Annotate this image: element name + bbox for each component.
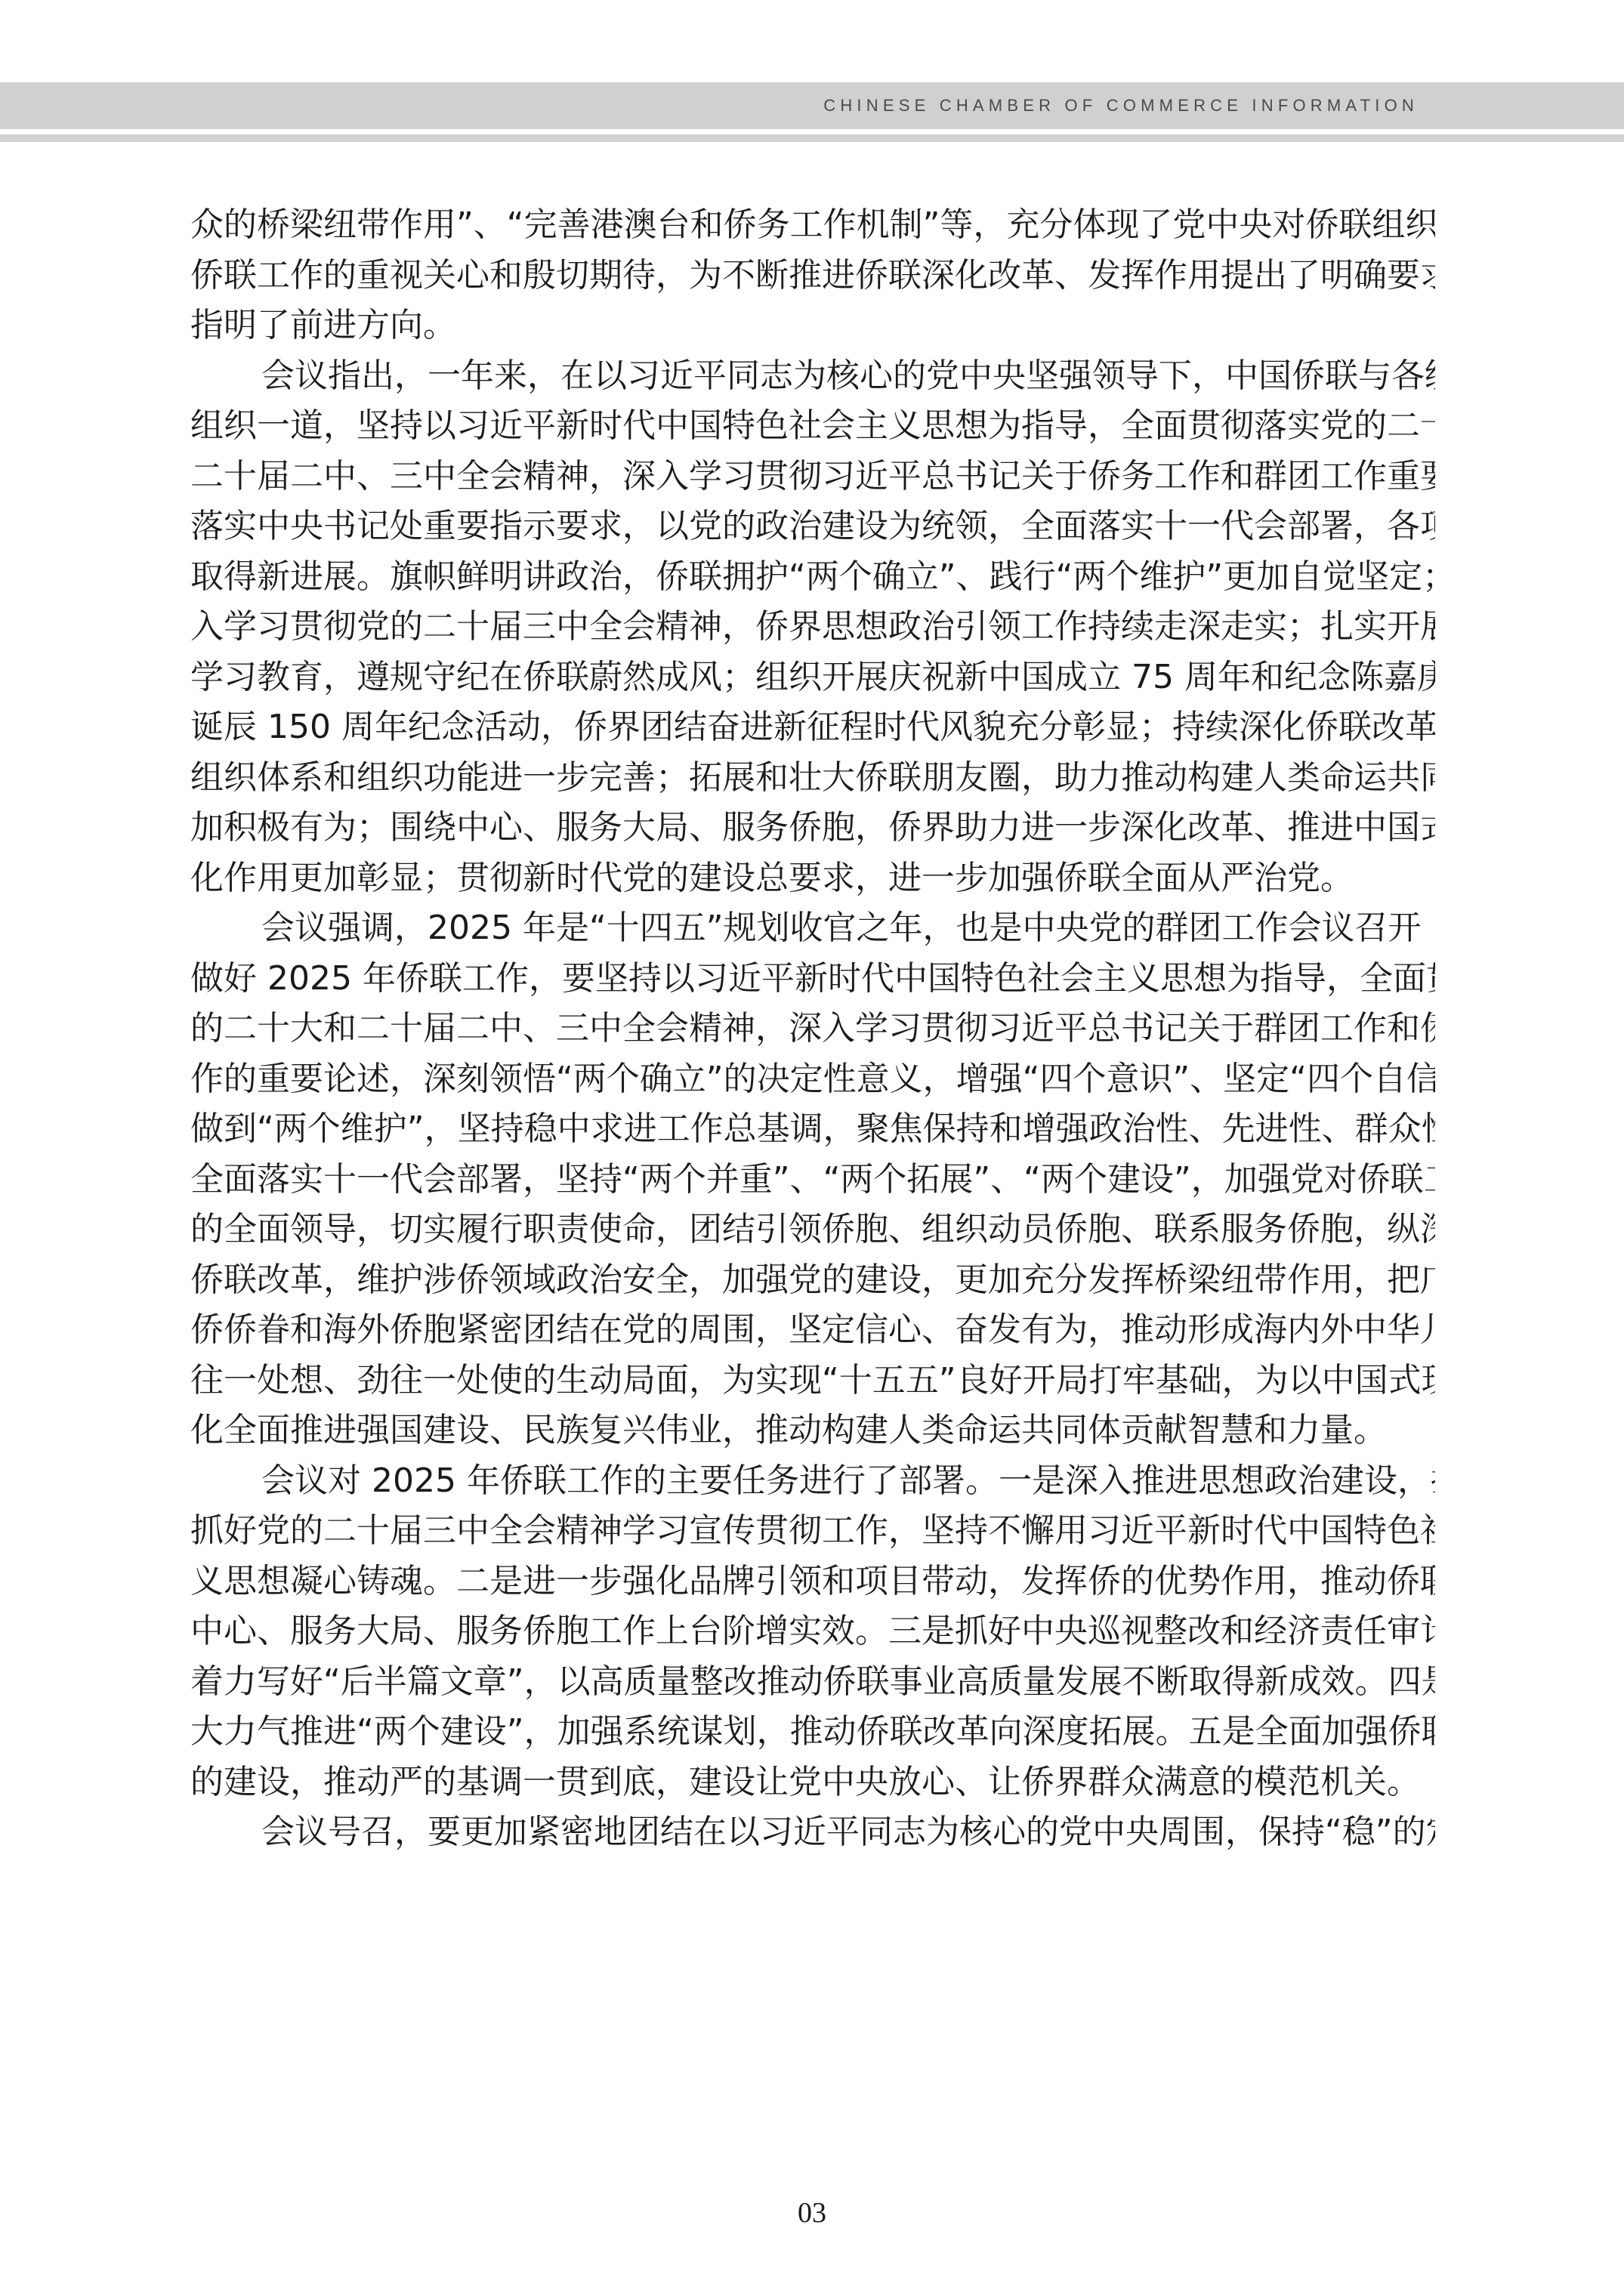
text-line: 着力写好“后半篇文章”，以高质量整改推动侨联事业高质量发展不断取得新成效。四是下 — [190, 1657, 1435, 1708]
text-line: 大力气推进“两个建设”，加强系统谋划，推动侨联改革向深度拓展。五是全面加强侨联党 — [190, 1707, 1435, 1758]
publication-title: CHINESE CHAMBER OF COMMERCE INFORMATION — [823, 97, 1419, 115]
text-line: 侨联改革，维护涉侨领域政治安全，加强党的建设，更加充分发挥桥梁纽带作用，把广大归 — [190, 1255, 1435, 1306]
text-line: 侨联工作的重视关心和殷切期待，为不断推进侨联深化改革、发挥作用提出了明确要求， — [190, 251, 1435, 301]
text-line: 众的桥梁纽带作用”、“完善港澳台和侨务工作机制”等，充分体现了党中央对侨联组织和 — [190, 200, 1435, 251]
page-number: 03 — [0, 2196, 1624, 2230]
paragraph: 会议强调，2025 年是“十四五”规划收官之年，也是中央党的群团工作会议召开 1… — [190, 903, 1435, 1456]
text-line: 入学习贯彻党的二十届三中全会精神，侨界思想政治引领工作持续走深走实；扎实开展党纪 — [190, 602, 1435, 653]
article-body: 众的桥梁纽带作用”、“完善港澳台和侨务工作机制”等，充分体现了党中央对侨联组织和… — [190, 200, 1435, 1858]
paragraph: 会议指出，一年来，在以习近平同志为核心的党中央坚强领导下，中国侨联与各级侨联 组… — [190, 351, 1435, 904]
text-line: 化全面推进强国建设、民族复兴伟业，推动构建人类命运共同体贡献智慧和力量。 — [190, 1406, 1435, 1456]
text-line: 化作用更加彰显；贯彻新时代党的建设总要求，进一步加强侨联全面从严治党。 — [190, 853, 1435, 904]
text-line: 指明了前进方向。 — [190, 301, 1435, 351]
text-line: 抓好党的二十届三中全会精神学习宣传贯彻工作，坚持不懈用习近平新时代中国特色社会主 — [190, 1506, 1435, 1557]
text-line: 侨侨眷和海外侨胞紧密团结在党的周围，坚定信心、奋发有为，推动形成海内外中华儿女心 — [190, 1305, 1435, 1356]
text-line: 组织一道，坚持以习近平新时代中国特色社会主义思想为指导，全面贯彻落实党的二十大和 — [190, 401, 1435, 452]
text-line: 加积极有为；围绕中心、服务大局、服务侨胞，侨界助力进一步深化改革、推进中国式现代 — [190, 803, 1435, 853]
text-line: 组织体系和组织功能进一步完善；拓展和壮大侨联朋友圈，助力推动构建人类命运共同体更 — [190, 753, 1435, 804]
text-line: 的建设，推动严的基调一贯到底，建设让党中央放心、让侨界群众满意的模范机关。 — [190, 1758, 1435, 1808]
paragraph: 众的桥梁纽带作用”、“完善港澳台和侨务工作机制”等，充分体现了党中央对侨联组织和… — [190, 200, 1435, 351]
text-line: 作的重要论述，深刻领悟“两个确立”的决定性意义，增强“四个意识”、坚定“四个自信… — [190, 1054, 1435, 1105]
text-line: 会议指出，一年来，在以习近平同志为核心的党中央坚强领导下，中国侨联与各级侨联 — [190, 351, 1435, 402]
text-line: 的二十大和二十届二中、三中全会精神，深入学习贯彻习近平总书记关于群团工作和侨务工 — [190, 1004, 1435, 1054]
text-line: 往一处想、劲往一处使的生动局面，为实现“十五五”良好开局打牢基础，为以中国式现代 — [190, 1356, 1435, 1406]
text-line: 取得新进展。旗帜鲜明讲政治，侨联拥护“两个确立”、践行“两个维护”更加自觉坚定；… — [190, 552, 1435, 603]
text-line: 二十届二中、三中全会精神，深入学习贯彻习近平总书记关于侨务工作和群团工作重要论述… — [190, 452, 1435, 502]
text-line: 的全面领导，切实履行职责使命，团结引领侨胞、组织动员侨胞、联系服务侨胞，纵深推进 — [190, 1205, 1435, 1255]
text-line: 全面落实十一代会部署，坚持“两个并重”、“两个拓展”、“两个建设”，加强党对侨联… — [190, 1155, 1435, 1205]
text-line: 会议号召，要更加紧密地团结在以习近平同志为核心的党中央周围，保持“稳”的定力， — [190, 1807, 1435, 1858]
text-line: 落实中央书记处重要指示要求，以党的政治建设为统领，全面落实十一代会部署，各项工作 — [190, 501, 1435, 552]
text-line: 会议强调，2025 年是“十四五”规划收官之年，也是中央党的群团工作会议召开 1… — [190, 903, 1435, 954]
text-line: 学习教育，遵规守纪在侨联蔚然成风；组织开展庆祝新中国成立 75 周年和纪念陈嘉庚… — [190, 653, 1435, 703]
text-line: 做好 2025 年侨联工作，要坚持以习近平新时代中国特色社会主义思想为指导，全面… — [190, 954, 1435, 1005]
paragraph: 会议对 2025 年侨联工作的主要任务进行了部署。一是深入推进思想政治建设，持续… — [190, 1456, 1435, 1808]
paragraph: 会议号召，要更加紧密地团结在以习近平同志为核心的党中央周围，保持“稳”的定力， — [190, 1807, 1435, 1858]
text-line: 做到“两个维护”，坚持稳中求进工作总基调，聚焦保持和增强政治性、先进性、群众性， — [190, 1104, 1435, 1155]
text-line: 中心、服务大局、服务侨胞工作上台阶增实效。三是抓好中央巡视整改和经济责任审计整改… — [190, 1606, 1435, 1657]
text-line: 义思想凝心铸魂。二是进一步强化品牌引领和项目带动，发挥侨的优势作用，推动侨联围绕 — [190, 1557, 1435, 1607]
header-divider — [0, 134, 1624, 142]
text-line: 诞辰 150 周年纪念活动，侨界团结奋进新征程时代风貌充分彰显；持续深化侨联改革… — [190, 702, 1435, 753]
text-line: 会议对 2025 年侨联工作的主要任务进行了部署。一是深入推进思想政治建设，持续 — [190, 1456, 1435, 1507]
